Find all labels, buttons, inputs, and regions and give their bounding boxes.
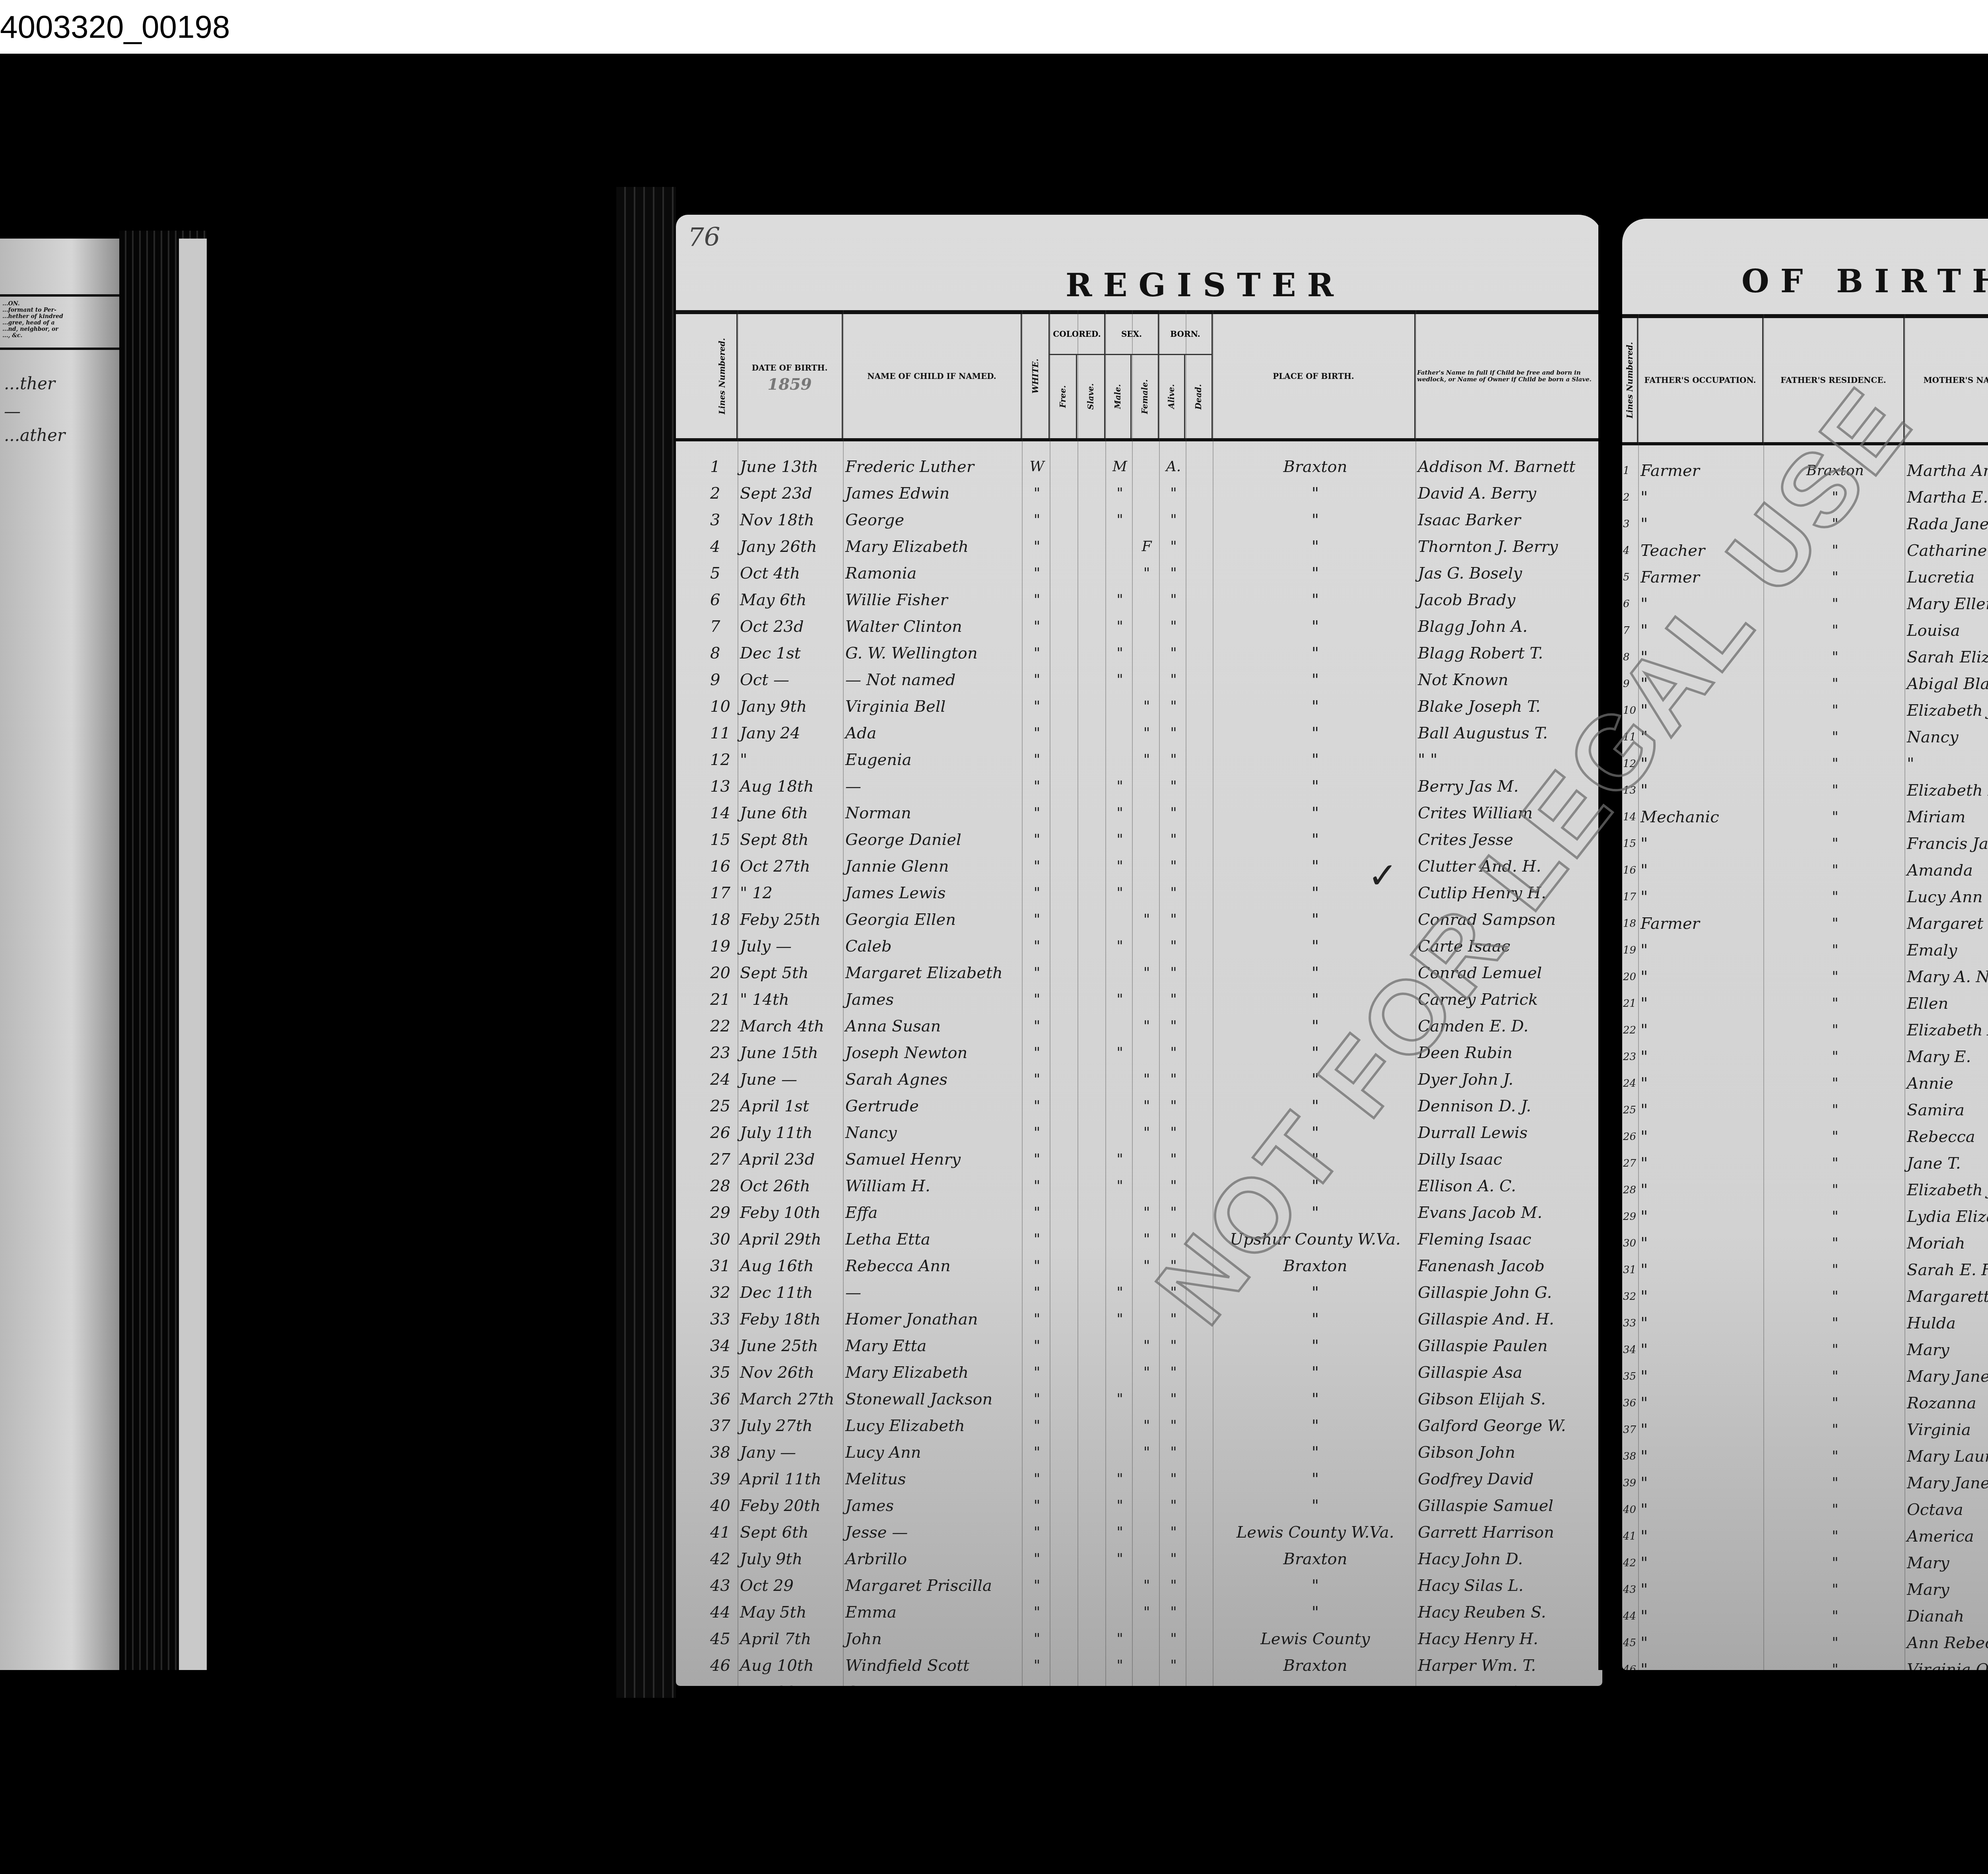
fathers-residence: " (1763, 1022, 1905, 1038)
register-row: 15""Francis Jane1Mother (1622, 830, 1988, 857)
line-number: 3 (1622, 518, 1638, 530)
line-number: 11 (708, 724, 738, 742)
header-free: Free. (1050, 355, 1077, 438)
place-of-birth: " (1213, 911, 1415, 929)
place-of-birth: Braxton (1213, 458, 1415, 476)
line-number: 31 (1622, 1264, 1638, 1276)
place-of-birth: " (1213, 511, 1415, 529)
line-number: 3 (708, 511, 738, 529)
line-number: 33 (1622, 1317, 1638, 1329)
white-mark: " (1022, 725, 1050, 741)
fathers-residence: " (1763, 1342, 1905, 1358)
mothers-name: Mary Ellen (1905, 595, 1988, 613)
line-number: 41 (708, 1523, 738, 1542)
fathers-residence: " (1763, 755, 1905, 772)
fathers-name: Godfrey David (1415, 1470, 1602, 1488)
fathers-residence: " (1763, 889, 1905, 905)
prev-header-line: ..., &c. (2, 332, 117, 339)
fathers-residence: " (1763, 942, 1905, 958)
born-alive: " (1159, 725, 1186, 741)
white-mark: " (1022, 1444, 1050, 1460)
date-of-birth: May 6th (738, 591, 843, 609)
child-name: James Edwin (843, 484, 1022, 503)
line-number: 14 (708, 804, 738, 822)
white-mark: " (1022, 831, 1050, 848)
white-mark: " (1022, 1018, 1050, 1034)
fathers-residence: " (1763, 835, 1905, 852)
white-mark: " (1022, 1071, 1050, 1088)
fathers-residence: " (1763, 995, 1905, 1012)
mothers-name: Hulda (1905, 1314, 1988, 1332)
line-number: 29 (1622, 1211, 1638, 1223)
fathers-occupation: Mechanic (1638, 808, 1763, 826)
line-number: 16 (1622, 864, 1638, 876)
register-row: 11Jany 24Ada""""Ball Augustus T. (676, 720, 1602, 746)
date-of-birth: Sept 5th (738, 964, 843, 982)
header-date-of-birth: DATE OF BIRTH. 1859 (738, 314, 843, 438)
line-number: 24 (1622, 1078, 1638, 1089)
white-mark: " (1022, 1204, 1050, 1221)
fathers-occupation: " (1638, 1527, 1763, 1546)
line-number: 44 (708, 1603, 738, 1622)
register-row: 35Nov 26thMary Elizabeth""""Gillaspie As… (676, 1359, 1602, 1386)
register-row: 41""America1" (1622, 1523, 1988, 1550)
date-of-birth: July — (738, 937, 843, 955)
mothers-name: Lucy Ann (1905, 888, 1988, 906)
mothers-name: Ellen (1905, 994, 1988, 1013)
fathers-name: Gillaspie And. H. (1415, 1310, 1602, 1328)
sex-female: " (1132, 752, 1159, 768)
fathers-name: Harper Wm. T. (1415, 1656, 1602, 1675)
child-name: Frederic Luther (843, 458, 1022, 476)
child-name: Lucy Elizabeth (843, 1417, 1022, 1435)
left-register-rows: 1June 13thFrederic LutherWMA.BraxtonAddi… (676, 453, 1602, 1686)
white-mark: " (1022, 538, 1050, 555)
register-row: 14Mechanic"Miriam1Father (1622, 804, 1988, 830)
child-name: Margaret Elizabeth (843, 964, 1022, 982)
child-name: Sarah Agnes (843, 1070, 1022, 1089)
child-name: Mary Etta (843, 1337, 1022, 1355)
fathers-occupation: " (1638, 1128, 1763, 1146)
white-mark: " (1022, 1178, 1050, 1194)
child-name: — (843, 1284, 1022, 1302)
sex-male: " (1105, 858, 1132, 874)
place-of-birth: Braxton (1213, 1550, 1415, 1568)
register-row: 24""Annie1" (1622, 1070, 1988, 1097)
mothers-name: Mary E. (1905, 1048, 1988, 1066)
sex-male: " (1105, 1471, 1132, 1487)
fathers-residence: " (1763, 915, 1905, 932)
mothers-name: Lucretia (1905, 568, 1988, 586)
register-row: 2Sept 23dJames Edwin""""David A. Berry (676, 480, 1602, 507)
mothers-name: Emaly (1905, 941, 1988, 959)
fathers-occupation: " (1638, 1181, 1763, 1199)
register-row: 41Sept 6thJesse —"""Lewis County W.Va.Ga… (676, 1519, 1602, 1546)
line-number: 18 (708, 911, 738, 929)
date-of-birth: June 13th (738, 458, 843, 476)
white-mark: W (1022, 458, 1050, 475)
line-number: 13 (708, 777, 738, 796)
mothers-name: Elizabeth Ann (1905, 1021, 1988, 1039)
line-number: 36 (1622, 1397, 1638, 1409)
child-name: Virginia Bell (843, 697, 1022, 716)
sex-male: " (1105, 592, 1132, 608)
mothers-name: Mary Jane (1905, 1474, 1988, 1492)
white-mark: " (1022, 592, 1050, 608)
born-alive: " (1159, 911, 1186, 928)
fathers-name: Hacy Reuben S. (1415, 1603, 1602, 1622)
date-of-birth: July 22d (738, 1683, 843, 1686)
fathers-residence: " (1763, 1128, 1905, 1145)
line-number: 35 (1622, 1371, 1638, 1383)
register-row: 13""Elizabeth Nancy1" (1622, 777, 1988, 804)
fathers-occupation: " (1638, 861, 1763, 880)
sex-male: M (1105, 458, 1132, 475)
mothers-name: Elizabeth Nancy (1905, 781, 1988, 800)
page-title-of-births: OF BIRTHS. (1741, 262, 1988, 300)
date-of-birth: July 11th (738, 1124, 843, 1142)
date-of-birth: Aug 10th (738, 1656, 843, 1675)
register-row: 26""Rebecca1" (1622, 1123, 1988, 1150)
fathers-name: Blagg John A. (1415, 618, 1602, 636)
line-number: 6 (708, 591, 738, 609)
register-row: 33""Hulda1Father (1622, 1310, 1988, 1336)
header-fathers-occupation: FATHER'S OCCUPATION. (1638, 318, 1763, 442)
date-of-birth: Oct 4th (738, 564, 843, 583)
place-of-birth: " (1213, 618, 1415, 636)
line-number: 18 (1622, 918, 1638, 930)
place-of-birth: " (1213, 644, 1415, 662)
fathers-name: Dennison D. J. (1415, 1097, 1602, 1115)
header-male: Male. (1105, 355, 1132, 438)
sex-male: " (1105, 645, 1132, 661)
child-name: Letha Etta (843, 1230, 1022, 1249)
date-of-birth: Sept 6th (738, 1523, 843, 1542)
place-of-birth: " (1213, 1603, 1415, 1622)
sex-male: " (1105, 1551, 1132, 1567)
mothers-name: Margarett Ann (1905, 1288, 1988, 1306)
header-line-numbered: Lines Numbered. (708, 314, 738, 438)
date-of-birth: Feby 10th (738, 1204, 843, 1222)
register-row: 4Jany 26thMary Elizabeth"F""Thornton J. … (676, 533, 1602, 560)
born-alive: " (1159, 592, 1186, 608)
line-number: 45 (708, 1630, 738, 1648)
fathers-name: David A. Berry (1415, 484, 1602, 503)
sex-female: " (1132, 1124, 1159, 1141)
prev-header-line: ...gree, head of a (2, 320, 117, 326)
line-number: 34 (1622, 1344, 1638, 1356)
fathers-occupation: " (1638, 888, 1763, 906)
sex-male: " (1105, 618, 1132, 635)
fathers-occupation: " (1638, 1607, 1763, 1625)
line-number: 38 (708, 1443, 738, 1462)
date-of-birth: Dec 11th (738, 1284, 843, 1302)
child-name: George Daniel (843, 831, 1022, 849)
child-name: Willie Fisher (843, 591, 1022, 609)
fathers-residence: " (1763, 1448, 1905, 1464)
child-name: William H. (843, 1177, 1022, 1195)
fathers-name: Dilly Isaac (1415, 1150, 1602, 1169)
child-name: Emma (843, 1603, 1022, 1622)
header-slave: Slave. (1077, 355, 1104, 438)
born-alive: " (1159, 1418, 1186, 1434)
date-of-birth: Jany — (738, 1443, 843, 1462)
place-of-birth: " (1213, 1470, 1415, 1488)
fathers-occupation: " (1638, 1341, 1763, 1359)
white-mark: " (1022, 645, 1050, 661)
header-born: BORN. (1159, 314, 1211, 355)
sex-male: " (1105, 485, 1132, 501)
white-mark: " (1022, 752, 1050, 768)
date-of-birth: Oct 26th (738, 1177, 843, 1195)
child-name: Anna Susan (843, 1017, 1022, 1035)
place-of-birth: " (1213, 777, 1415, 796)
prev-handwriting: ...ather (4, 425, 65, 445)
register-row: 37""Virginia1" (1622, 1416, 1988, 1443)
white-mark: " (1022, 618, 1050, 635)
child-name: Windfield Scott (843, 1656, 1022, 1675)
register-row: 42July 9thArbrillo"""BraxtonHacy John D. (676, 1546, 1602, 1572)
register-row: 44May 5thEmma""""Hacy Reuben S. (676, 1599, 1602, 1625)
date-of-birth: Sept 8th (738, 831, 843, 849)
white-mark: " (1022, 1577, 1050, 1594)
fathers-occupation: " (1638, 1101, 1763, 1119)
child-name: Georgia Ellen (843, 911, 1022, 929)
prev-header-line: ...nd, neighbor, or (2, 326, 117, 332)
date-of-birth: Feby 18th (738, 1310, 843, 1328)
fathers-name: Garrett Harrison (1415, 1523, 1602, 1542)
mothers-name: Mary Laura (1905, 1447, 1988, 1466)
born-alive: A. (1159, 458, 1186, 475)
register-row: 40""Octava1Father (1622, 1496, 1988, 1523)
born-alive: " (1159, 805, 1186, 821)
child-name: John (843, 1630, 1022, 1648)
sex-female: " (1132, 1018, 1159, 1034)
place-of-birth: " (1213, 697, 1415, 716)
date-of-birth: Oct 27th (738, 857, 843, 876)
fathers-residence: " (1763, 1155, 1905, 1171)
line-number: 19 (708, 937, 738, 955)
date-of-birth: April 1st (738, 1097, 843, 1115)
fathers-name: Galford George W. (1415, 1417, 1602, 1435)
register-row: 45""Ann Rebecca1" (1622, 1629, 1988, 1656)
register-row: 38Jany —Lucy Ann""""Gibson John (676, 1439, 1602, 1466)
mothers-name: Mary A. Nice (1905, 968, 1988, 986)
register-row: 28""Elizabeth Jane1Eliza EllisonGrand Mo… (1622, 1177, 1988, 1203)
date-of-birth: March 4th (738, 1017, 843, 1035)
mothers-name: Francis Jane (1905, 835, 1988, 853)
white-mark: " (1022, 1284, 1050, 1301)
register-row: 19""Emaly1Evans BerryNeighbor (1622, 937, 1988, 963)
born-alive: " (1159, 1338, 1186, 1354)
fathers-occupation: Farmer (1638, 462, 1763, 480)
image-header-bar: 4003320_00198 (0, 0, 1988, 54)
register-row: 31""Sarah E. Fanenash1Isaac FanenashGran… (1622, 1256, 1988, 1283)
sex-male: " (1105, 805, 1132, 821)
sex-female: " (1132, 965, 1159, 981)
place-of-birth: " (1213, 671, 1415, 689)
born-alive: " (1159, 485, 1186, 501)
born-alive: " (1159, 672, 1186, 688)
fathers-residence: " (1763, 1049, 1905, 1065)
mothers-name: Sarah Elizabeth (1905, 648, 1988, 666)
line-number: 41 (1622, 1530, 1638, 1542)
date-of-birth: July 9th (738, 1550, 843, 1568)
header-dead: Dead. (1185, 355, 1211, 438)
register-row: 39""Mary Jane1Mother (1622, 1470, 1988, 1496)
child-name: George (843, 511, 1022, 529)
date-of-birth: June 15th (738, 1044, 843, 1062)
white-mark: " (1022, 965, 1050, 981)
date-of-birth: June — (738, 1070, 843, 1089)
line-number: 45 (1622, 1637, 1638, 1649)
line-number: 1 (1622, 465, 1638, 477)
register-row: 32""Margarett Ann1Mother (1622, 1283, 1988, 1310)
white-mark: " (1022, 1151, 1050, 1167)
mothers-name: Amanda (1905, 861, 1988, 880)
register-row: 29""Lydia Elizabeth1Father (1622, 1203, 1988, 1230)
mothers-name: Sarah E. Fanenash (1905, 1261, 1988, 1279)
mothers-name: Virginia (1905, 1421, 1988, 1439)
image-id-label: 4003320_00198 (0, 7, 230, 47)
fathers-residence: " (1763, 809, 1905, 825)
date-of-birth: Aug 16th (738, 1257, 843, 1275)
child-name: Walter Clinton (843, 618, 1022, 636)
line-number: 32 (708, 1284, 738, 1302)
register-row: 10Jany 9thVirginia Bell""""Blake Joseph … (676, 693, 1602, 720)
register-row: 46""Virginia O.1Mother (1622, 1656, 1988, 1670)
register-row: 12"Eugenia""""" " (676, 746, 1602, 773)
mothers-name: America (1905, 1527, 1988, 1546)
prev-handwriting: ...ther (4, 374, 55, 393)
born-alive: " (1159, 885, 1186, 901)
mothers-name: Octava (1905, 1501, 1988, 1519)
born-alive: " (1159, 1364, 1186, 1381)
mothers-name: " (1905, 755, 1988, 773)
mothers-name: Mary (1905, 1554, 1988, 1572)
place-of-birth: " (1213, 1577, 1415, 1595)
place-of-birth: " (1213, 1337, 1415, 1355)
fathers-name: Blagg Robert T. (1415, 644, 1602, 662)
white-mark: " (1022, 991, 1050, 1008)
date-of-birth: April 29th (738, 1230, 843, 1249)
sex-male: " (1105, 512, 1132, 528)
fathers-occupation: " (1638, 968, 1763, 986)
white-mark: " (1022, 1684, 1050, 1686)
sex-female: " (1132, 1204, 1159, 1221)
white-mark: " (1022, 885, 1050, 901)
born-alive: " (1159, 831, 1186, 848)
register-row: 7Oct 23dWalter Clinton""""Blagg John A. (676, 613, 1602, 640)
register-row: 28Oct 26thWilliam H.""""Ellison A. C. (676, 1173, 1602, 1199)
fathers-name: Isaac Barker (1415, 511, 1602, 529)
register-row: 25""Samira1" (1622, 1097, 1988, 1123)
line-number: 42 (1622, 1557, 1638, 1569)
born-alive: " (1159, 512, 1186, 528)
mothers-name: Lydia Elizabeth (1905, 1208, 1988, 1226)
white-mark: " (1022, 1471, 1050, 1487)
line-number: 22 (1622, 1024, 1638, 1036)
date-of-birth: June 6th (738, 804, 843, 822)
fathers-occupation: " (1638, 1234, 1763, 1253)
line-number: 37 (1622, 1424, 1638, 1436)
fathers-name: Gillaspie Paulen (1415, 1337, 1602, 1355)
fathers-occupation: " (1638, 1447, 1763, 1466)
fathers-occupation: " (1638, 1554, 1763, 1572)
line-number: 33 (708, 1310, 738, 1328)
mothers-name: Mary (1905, 1341, 1988, 1359)
mothers-name: Elizabeth Jane (1905, 701, 1988, 720)
fathers-residence: " (1763, 1208, 1905, 1225)
sex-male: " (1105, 1391, 1132, 1407)
child-name: Lucy Ann (843, 1443, 1022, 1462)
fathers-name: Gibson Elijah S. (1415, 1390, 1602, 1408)
register-row: 42""Mary1" (1622, 1550, 1988, 1576)
header-sex: SEX. (1105, 314, 1158, 355)
register-row: 38""Mary Laura1" (1622, 1443, 1988, 1470)
white-mark: " (1022, 911, 1050, 928)
header-white: WHITE. (1022, 314, 1050, 438)
register-row: 1June 13thFrederic LutherWMA.BraxtonAddi… (676, 453, 1602, 480)
born-alive: " (1159, 938, 1186, 954)
fathers-residence: " (1763, 969, 1905, 985)
fathers-occupation: " (1638, 1288, 1763, 1306)
fathers-occupation: " (1638, 1048, 1763, 1066)
line-number: 9 (708, 671, 738, 689)
register-row: 5Oct 4thRamonia""""Jas G. Bosely (676, 560, 1602, 586)
line-number: 15 (708, 831, 738, 849)
sex-female: " (1132, 1071, 1159, 1088)
header-colored: COLORED. (1050, 314, 1104, 355)
mothers-name: Jane T. (1905, 1154, 1988, 1173)
date-of-birth: " (738, 751, 843, 769)
register-row: 9Oct —— Not named""""Not Known (676, 666, 1602, 693)
page-title-register: REGISTER (1066, 266, 1345, 304)
fathers-residence: " (1763, 1528, 1905, 1544)
child-name: Melitus (843, 1470, 1022, 1488)
date-of-birth: Nov 26th (738, 1363, 843, 1382)
fathers-name: Ellison A. C. (1415, 1177, 1602, 1195)
born-alive: " (1159, 752, 1186, 768)
register-row: 18Farmer"Margaret1Father (1622, 910, 1988, 937)
child-name: Ada (843, 724, 1022, 742)
place-of-birth: Braxton (1213, 1656, 1415, 1675)
fathers-name: Evans Jacob M. (1415, 1204, 1602, 1222)
place-of-birth: " (1213, 1443, 1415, 1462)
line-number: 7 (708, 618, 738, 636)
born-alive: " (1159, 1577, 1186, 1594)
place-of-birth: " (1213, 1497, 1415, 1515)
prev-header-line: ...ON. (2, 301, 117, 307)
fathers-occupation: " (1638, 1208, 1763, 1226)
register-row: 13Aug 18th—""""Berry Jas M. (676, 773, 1602, 800)
child-name: Arbrillo (843, 1550, 1022, 1568)
register-row: 24June —Sarah Agnes""""Dyer John J. (676, 1066, 1602, 1093)
line-number: 10 (708, 697, 738, 716)
fathers-name: Not Known (1415, 671, 1602, 689)
fathers-name: Gibson John (1415, 1443, 1602, 1462)
fathers-occupation: " (1638, 994, 1763, 1013)
mothers-name: Louisa (1905, 621, 1988, 640)
white-mark: " (1022, 672, 1050, 688)
sex-female: " (1132, 1577, 1159, 1594)
line-number: 26 (708, 1124, 738, 1142)
mothers-name: Abigal Blake (1905, 675, 1988, 693)
mothers-name: Elizabeth Jane (1905, 1181, 1988, 1199)
born-alive: " (1159, 1604, 1186, 1620)
fathers-name: Jacob Brady (1415, 591, 1602, 609)
fathers-residence: " (1763, 782, 1905, 798)
